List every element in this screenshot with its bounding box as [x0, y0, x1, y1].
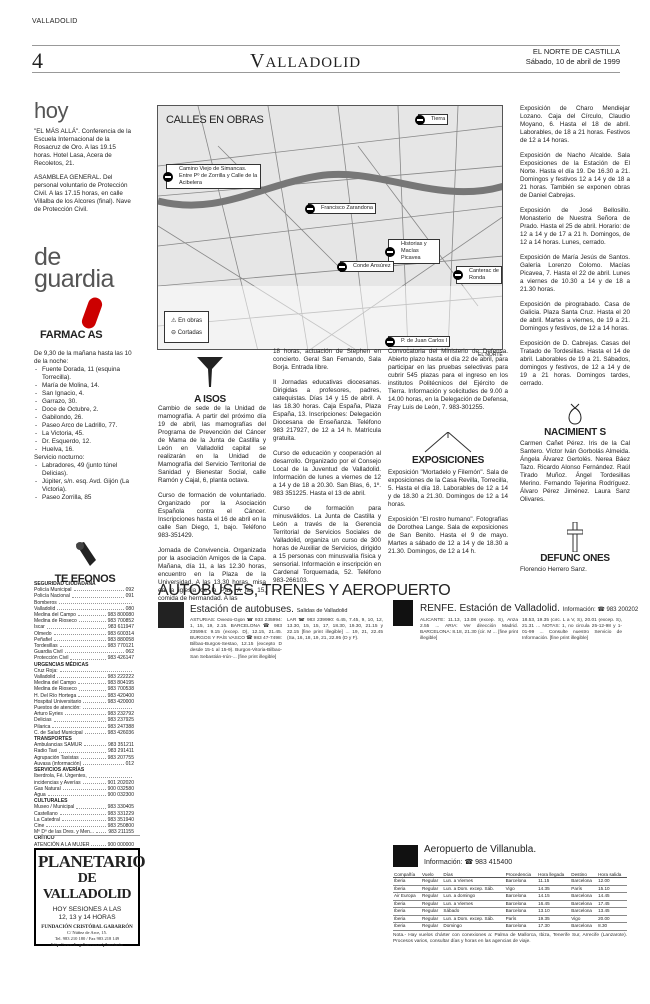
renfe-schedule-col2: 18.53, 19.35 (circ. L a V, S), 20.01 (ex… — [522, 618, 622, 828]
exposicion-item: Exposición de María Jesús de Santos. Gal… — [520, 254, 630, 294]
map-title: CALLES EN OBRAS — [166, 114, 264, 126]
aviso-item: Curso de formación de voluntariado. Orga… — [158, 492, 266, 540]
map-label-camino-viejo: Camino Viejo de Simancas. Entre Pº de Zo… — [166, 164, 261, 189]
avisos-logo: A ISOS — [175, 355, 245, 405]
exposiciones-column: Exposición de Charo Mendiejar Lozano. Ca… — [520, 105, 630, 581]
flight-row: IberiaRegularSábadoBarcelona13.10Barcelo… — [393, 908, 627, 916]
phone-directory: SEGURIDAD CIUDADANAPolicía Municipal092P… — [34, 581, 134, 848]
guardia-heading: de guardia — [34, 246, 114, 290]
avisos-column-3: Convocatoria del Ministerio de Defensa. … — [388, 348, 508, 563]
aviso-item: Curso de educación y cooperación al desa… — [273, 450, 381, 498]
bus-schedule-col2: LAR ☎ 983 239990: 6.45, 7.45, 9, 10, 12,… — [287, 618, 383, 983]
pharmacy-item: Fuente Dorada, 11 (esquina Torrecilla). — [34, 366, 134, 382]
road-closed-icon — [337, 262, 347, 272]
transport-title: AUTOBUSES, TRENES Y AEROPUERTO — [158, 582, 450, 600]
hoy-item: "EL MÁS ALLÁ". Conferencia de la Escuela… — [34, 128, 134, 168]
pharmacy-item: María de Molina, 14. — [34, 382, 134, 390]
aviso-item: Convocatoria del Ministerio de Defensa. … — [388, 348, 508, 412]
exposicion-item: Exposición de Charo Mendiejar Lozano. Ca… — [520, 105, 630, 145]
renfe-title: RENFE. Estación de Valladolid. Informaci… — [420, 603, 638, 614]
pharmacy-list: De 9,30 de la mañana hasta las 10 de la … — [34, 350, 134, 502]
flight-row: Air EuropaRegularLun. a domingoBarcelona… — [393, 893, 627, 901]
aviso-item: Cambio de sede de la Unidad de mamografí… — [158, 405, 266, 485]
easel-icon — [423, 432, 473, 454]
bus-schedule-col1: ASTURIAS: Oviedo-Gijón ☎ 933 235994: 1, … — [190, 618, 282, 983]
section-title: VALLADOLID — [250, 50, 361, 73]
map-streets — [158, 106, 503, 350]
pharmacy-item: La Victoria, 45. — [34, 430, 134, 438]
exposicion-item: Exposición "El rostro humano". Fotografí… — [388, 516, 508, 556]
map-label-conde-ansurez: Conde Ansúrez — [340, 261, 394, 272]
map-label-canterac: Canterac de Ronda — [456, 266, 502, 284]
renfe-logo-icon — [393, 600, 413, 626]
road-closed-icon — [385, 337, 395, 347]
exposicion-item: Exposición de José Bellosillo. Monasteri… — [520, 207, 630, 247]
road-closed-icon — [415, 115, 425, 125]
paper-info: EL NORTE DE CASTILLA Sábado, 10 de abril… — [526, 47, 620, 67]
map-label-historias: Historias y Macías Picavea — [388, 239, 440, 264]
header-rule-bottom — [32, 72, 620, 73]
page-number: 4 — [32, 48, 43, 74]
pharmacy-item: Paseo Arco de Ladrillo, 77. — [34, 422, 134, 430]
street-works-map: CALLES EN OBRAS Tierra Camino Viejo de S… — [157, 105, 503, 350]
hoy-items: "EL MÁS ALLÁ". Conferencia de la Escuela… — [34, 128, 134, 220]
aviso-item: Curso de formación para minusválidos. La… — [273, 505, 381, 585]
baby-bundle-icon — [565, 402, 585, 426]
road-closed-icon — [385, 247, 395, 257]
road-closed-icon — [305, 204, 315, 214]
flights-note: Nota.- Hay vuelos chárter con conexiones… — [393, 933, 627, 945]
nacimientos-logo: NACIMIENT S — [520, 402, 630, 437]
pharmacy-item: San Ignacio, 4. — [34, 390, 134, 398]
nacimientos-text: Carmen Cañet Pérez. Iris de la Cal Sante… — [520, 440, 630, 504]
running-head: VALLADOLID — [32, 18, 78, 25]
bus-station-title: Estación de autobuses. Salidas de Vallad… — [190, 604, 347, 615]
flight-row: IberiaRegularLun. a Dom. excep. Sáb.Vigo… — [393, 885, 627, 893]
road-closed-icon — [163, 172, 173, 182]
farmacias-logo: FARMAC AS — [40, 315, 120, 345]
hoy-item: ASAMBLEA GENERAL. Del personal voluntari… — [34, 174, 134, 214]
pharmacy-item: Gabilondo, 26. — [34, 414, 134, 422]
road-closed-icon: ⊖ — [171, 330, 176, 336]
exposicion-item: Exposición de pirograbado. Casa de Galic… — [520, 301, 630, 333]
flight-row: IberiaRegularLun. a Dom. excep. Sáb.Parí… — [393, 915, 627, 923]
phone-icon — [70, 540, 100, 568]
aviso-item: II Jornadas educativas diocesanas. Dirig… — [273, 379, 381, 443]
exposicion-item: Exposición de Nacho Alcalde. Sala Exposi… — [520, 152, 630, 200]
map-legend: ⚠ En obras ⊖ Cortadas — [164, 311, 209, 343]
map-label-juan-carlos: P. de Juan Carlos I — [388, 336, 450, 347]
pharmacy-item: Huelva, 16. — [34, 446, 134, 454]
map-label-zarandona: Francisco Zarandona — [308, 203, 376, 214]
pharmacy-item: Garrazo, 30. — [34, 398, 134, 406]
exposiciones-logo: EXPOSICIONES — [388, 432, 508, 465]
planetario-ad: PLANETARIO DE VALLADOLID HOY SESIONES A … — [34, 848, 140, 946]
night-pharmacy-item: Labradores, 49 (junto túnel Delicias). — [34, 462, 134, 478]
header-rule-top — [32, 45, 620, 46]
road-closed-icon — [453, 270, 463, 280]
pharmacy-item: Doce de Octubre, 2. — [34, 406, 134, 414]
flight-row: IberiaRegularLun. a ViernesBarcelona16.4… — [393, 900, 627, 908]
planetario-url[interactable]: http://www.fc-gabarron.es/planetario — [38, 942, 136, 948]
cross-icon — [567, 522, 583, 552]
defunciones-text: Florencio Herrero Sanz. — [520, 566, 630, 574]
aviso-item: 18 horas, actuación de Stephen en concie… — [273, 348, 381, 372]
funnel-icon — [195, 355, 225, 389]
renfe-schedule-col1: ALICANTE: 11.13, 13.08 (excep. S), Ariza… — [420, 618, 518, 828]
defunciones-logo: DEFUNC ONES — [520, 522, 630, 563]
airplane-icon — [393, 845, 418, 867]
newspaper-name: EL NORTE DE CASTILLA — [526, 47, 620, 57]
flights-table: CompañíaVueloDíasProcedenciaHora llegada… — [393, 872, 627, 945]
flight-row: IberiaRegularLun. a ViernesBarcelona11.1… — [393, 878, 627, 886]
phone-entry: ATENCIÓN A LA MUJER900 000000 — [34, 842, 134, 848]
warning-icon: ⚠ — [171, 318, 176, 324]
divider — [34, 835, 140, 836]
night-pharmacy-item: Júpiter, s/n. esq. Avd. Gijón (La Victor… — [34, 478, 134, 494]
telefonos-logo: TE EFONOS — [40, 540, 130, 585]
map-label-tierra: Tierra — [418, 114, 448, 125]
pharmacy-item: Dr. Esquerdo, 12. — [34, 438, 134, 446]
night-pharmacy-item: Paseo Zorrilla, 85 — [34, 494, 134, 502]
avisos-column-2: 18 horas, actuación de Stephen en concie… — [273, 348, 381, 592]
exposicion-item: Exposición de D. Cabrejas. Casas del Tra… — [520, 340, 630, 388]
hoy-heading: hoy — [34, 98, 68, 124]
airport-title: Aeropuerto de Villanubla.Información: ☎ … — [424, 844, 536, 869]
bus-icon — [158, 602, 184, 628]
avisos-column-1: Cambio de sede de la Unidad de mamografí… — [158, 405, 266, 610]
issue-date: Sábado, 10 de abril de 1999 — [526, 57, 620, 67]
exposicion-item: Exposición "Mortadelo y Filemón". Sala d… — [388, 469, 508, 509]
flight-row: IberiaRegularDomingoBarcelona17.30Barcel… — [393, 923, 627, 931]
